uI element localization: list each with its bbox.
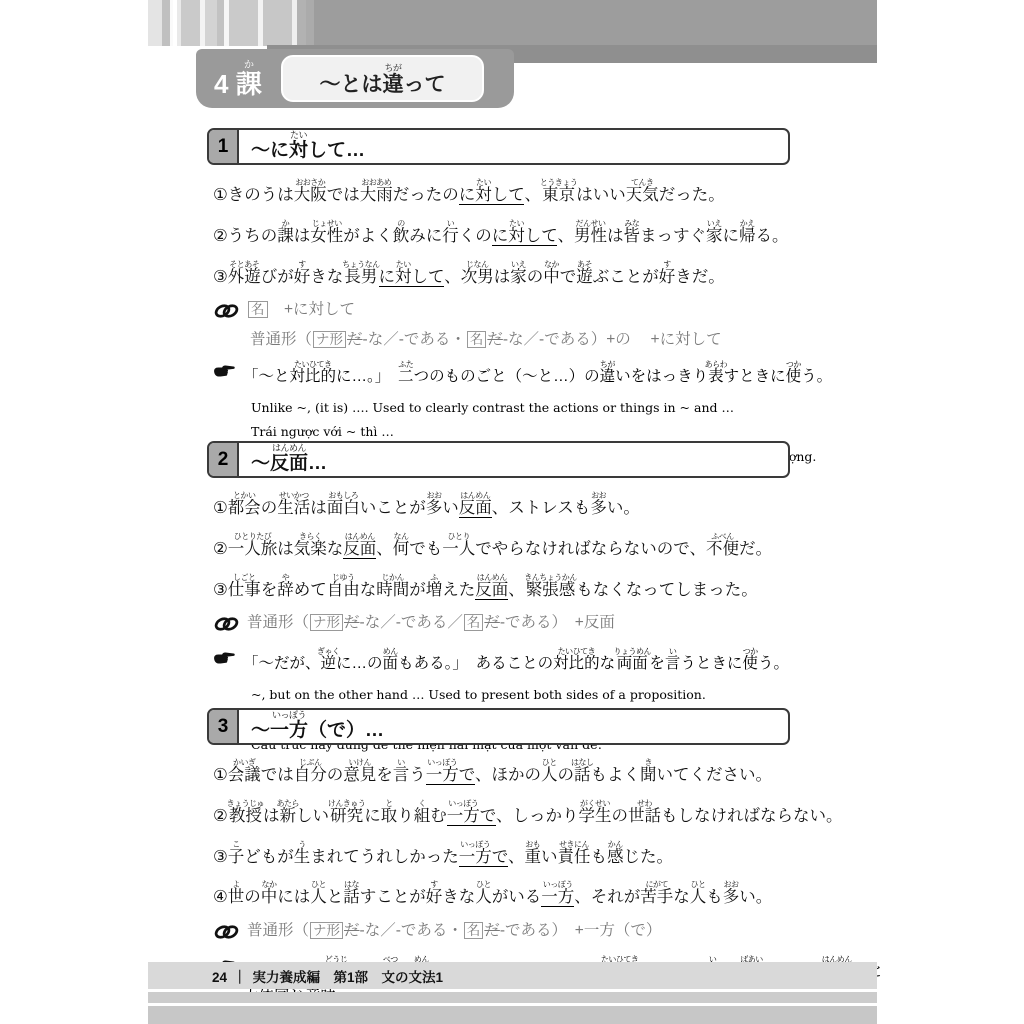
- section-1: 1 〜に対たいして… ①きのうは大阪おおさかでは大雨おおあめだったのに対たいして…: [207, 128, 887, 464]
- textbook-page: 4 課か 〜とは違ちがって 1 〜に対たいして… ①きのうは大阪おおさかでは大雨…: [0, 0, 1024, 1024]
- connection-rule-text: 普通形（ナ形だ-な／-である・名だ-である） +一方（で）: [247, 921, 661, 941]
- example-sentence: ③外遊そとあそびが好すきな長男ちょうなんに対たいして、次男じなんは家いえの中なか…: [213, 260, 887, 288]
- section-2-heading: 2 〜反面はんめん…: [207, 441, 790, 478]
- pointing-hand-icon: [213, 649, 236, 670]
- footer-bar: 24｜実力養成編 第1部 文の文法1: [148, 962, 877, 989]
- example-sentence: ②一人旅ひとりたびは気楽きらくな反面はんめん、何なんでも一人ひとりでやらなければ…: [213, 532, 887, 560]
- translation-english: ~, but on the other hand … Used to prese…: [251, 687, 887, 703]
- connection-rule-text: 普通形（ナ形だ-な／-である／名だ-である） +反面: [247, 613, 615, 633]
- section-1-heading: 1 〜に対たいして…: [207, 128, 790, 165]
- section-2-number: 2: [209, 443, 239, 476]
- usage-note: 「〜と対比的たいひてきに…。」 二ふたつのものごと（〜と…）の違ちがいをはっきり…: [213, 360, 887, 389]
- pointing-hand-icon: [213, 362, 236, 383]
- usage-note: 「〜だが、逆ぎゃくに…の面めんもある。」 あることの対比的たいひてきな両面りょう…: [213, 647, 887, 676]
- decorative-stripes: [148, 0, 314, 46]
- lesson-title-pill: 〜とは違ちがって: [281, 55, 484, 102]
- chain-link-icon: [213, 302, 240, 325]
- example-sentence: ③仕事しごとを辞やめて自由じゆうな時間じかんが増ふえた反面はんめん、緊張感きんち…: [213, 573, 887, 601]
- chain-link-icon: [213, 923, 240, 946]
- connection-rule: 普通形（ナ形だ-な／-である・名だ-である） +一方（で）: [213, 921, 887, 946]
- translation-english: Unlike ~, (it is) …. Used to clearly con…: [251, 400, 887, 416]
- example-sentence: ②教授きょうじゅは新あたらしい研究けんきゅうに取とり組くむ一方いっぽうで、しっか…: [213, 799, 887, 827]
- example-sentence: ①きのうは大阪おおさかでは大雨おおあめだったのに対たいして、東京とうきょうはいい…: [213, 178, 887, 206]
- section-2-title: 〜反面はんめん…: [239, 443, 327, 476]
- section-3-number: 3: [209, 710, 239, 743]
- example-sentence: ①都会とかいの生活せいかつは面白おもしろいことが多おおい反面はんめん、ストレスも…: [213, 491, 887, 519]
- example-sentence: ④世よの中なかには人ひとと話はなすことが好すきな人ひとがいる一方いっぽう、それが…: [213, 880, 887, 908]
- section-2: 2 〜反面はんめん… ①都会とかいの生活せいかつは面白おもしろいことが多おおい反…: [207, 441, 887, 752]
- connection-rule: 普通形（ナ形だ-な／-である／名だ-である） +反面: [213, 613, 887, 638]
- usage-note-text: 「〜と対比的たいひてきに…。」 二ふたつのものごと（〜と…）の違ちがいをはっきり…: [243, 360, 832, 389]
- example-sentence: ③子こどもが生うまれてうれしかった一方いっぽうで、重おもい責任せきにんも感かんじ…: [213, 840, 887, 868]
- lesson-tab: 4 課か 〜とは違ちがって: [196, 49, 514, 108]
- connection-rule-continued: 普通形（ナ形だ-な／-である・名だ-な／-である）+の +に対して: [250, 330, 887, 350]
- section-3-title: 〜一方いっぽう（で）…: [239, 710, 384, 743]
- usage-note-text: 「〜だが、逆ぎゃくに…の面めんもある。」 あることの対比的たいひてきな両面りょう…: [243, 647, 789, 676]
- lesson-number: 4 課か: [214, 60, 262, 97]
- chain-link-icon: [213, 615, 240, 638]
- footer-band-3: [148, 1006, 877, 1024]
- page-number: 24: [212, 970, 227, 985]
- example-sentence: ①会議かいぎでは自分じぶんの意見いけんを言いう一方いっぽうで、ほかの人ひとの話は…: [213, 758, 887, 786]
- footer-text: 24｜実力養成編 第1部 文の文法1: [212, 966, 443, 986]
- book-title: 実力養成編 第1部 文の文法1: [253, 970, 444, 985]
- section-3-heading: 3 〜一方いっぽう（で）…: [207, 708, 790, 745]
- footer-divider: ｜: [233, 970, 247, 985]
- translation-vietnamese: Trái ngược với ~ thì …: [251, 424, 887, 440]
- section-1-number: 1: [209, 130, 239, 163]
- footer-band-2: [148, 992, 877, 1003]
- connection-rule-text: 名 +に対して: [247, 300, 355, 320]
- header-band: [314, 0, 877, 45]
- connection-rule: 名 +に対して: [213, 300, 887, 325]
- lesson-title: 〜とは違ちがって: [320, 63, 446, 95]
- section-1-title: 〜に対たいして…: [239, 130, 365, 163]
- example-sentence: ②うちの課かは女性じょせいがよく飲のみに行いくのに対たいして、男性だんせいは皆み…: [213, 219, 887, 247]
